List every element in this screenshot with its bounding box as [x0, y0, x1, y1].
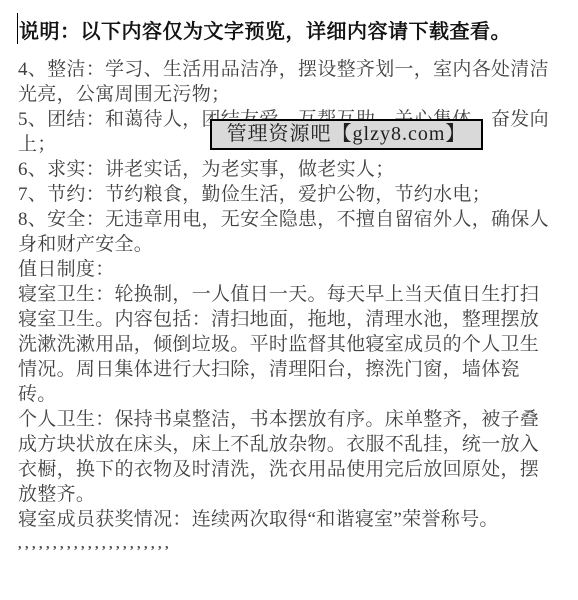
doc-line: 4、整洁：学习、生活用品洁净，摆设整齐划一，室内各处清洁 [18, 57, 568, 82]
doc-line: 寝室卫生：轮换制，一人值日一天。每天早上当天值日生打扫 [18, 282, 568, 307]
document-preview-page: 说明：以下内容仅为文字预览，详细内容请下载查看。 4、整洁：学习、生活用品洁净，… [0, 0, 578, 600]
watermark-badge: 管理资源吧【glzy8.com】 [210, 119, 483, 150]
doc-line: 成方块状放在床头，床上不乱放杂物。衣服不乱挂，统一放入 [18, 432, 568, 457]
doc-line: 情况。周日集体进行大扫除，清理阳台，擦洗门窗，墙体瓷 [18, 357, 568, 382]
doc-line: 个人卫生：保持书桌整洁，书本摆放有序。床单整齐，被子叠 [18, 407, 568, 432]
doc-line: 砖。 [18, 382, 568, 407]
doc-line: 光亮，公寓周围无污物； [18, 82, 568, 107]
doc-line: 寝室卫生。内容包括：清扫地面，拖地，清理水池，整理摆放 [18, 307, 568, 332]
preview-notice: 说明：以下内容仅为文字预览，详细内容请下载查看。 [19, 15, 511, 44]
doc-line-ellipsis: ,,,,,,,,,,,,,,,,,,,,,, [18, 532, 568, 557]
doc-line: 6、求实：讲老实话，为老实事，做老实人； [18, 157, 568, 182]
doc-line: 洗漱洗漱用品，倾倒垃圾。平时监督其他寝室成员的个人卫生 [18, 332, 568, 357]
doc-line: 7、节约：节约粮食，勤俭生活，爱护公物，节约水电； [18, 182, 568, 207]
text-cursor [17, 13, 18, 44]
doc-line-award: 寝室成员获奖情况：连续两次取得“和谐寝室”荣誉称号。 [18, 507, 568, 532]
doc-line: 身和财产安全。 [18, 232, 568, 257]
doc-line: 8、安全：无违章用电，无安全隐患，不擅自留宿外人，确保人 [18, 207, 568, 232]
doc-line-duty-heading: 值日制度： [18, 257, 568, 282]
doc-line: 放整齐。 [18, 482, 568, 507]
doc-line: 衣橱，换下的衣物及时清洗，洗衣用品使用完后放回原处，摆 [18, 457, 568, 482]
